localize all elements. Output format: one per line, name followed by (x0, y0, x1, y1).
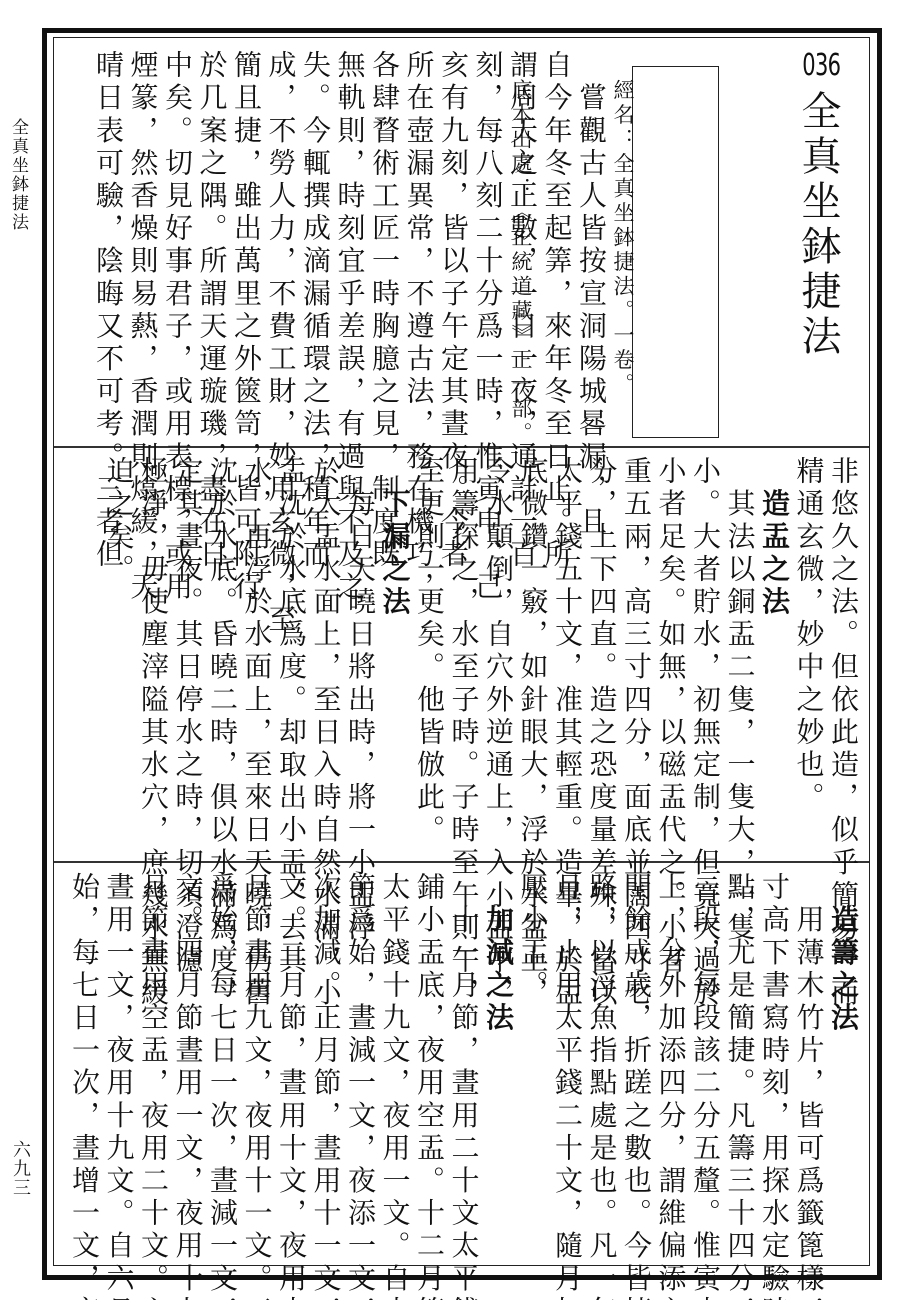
text-column: 月節晝用九文，夜用十一文。三月節 (239, 872, 274, 1267)
scripture-title: 全真坐鉢捷法 (794, 90, 842, 360)
text-column: 各肆瞀術工匠一時胸臆之見，制度既 (367, 50, 402, 446)
text-column: 節爲始，晝減一文，夜添一文，七日一 (343, 872, 378, 1267)
text-column: 鋪小盂底，夜用空盂。十二月節，晝用 (412, 872, 447, 1267)
margin-running-title: 全真坐鉢捷法 (6, 118, 30, 232)
text-column: 文。四月節晝用一文，夜用十九文，五 (170, 872, 205, 1267)
text-column: 煙篆，然香燥則易爇，香潤則熻緩，天 (125, 50, 160, 446)
text-column: 謂周天之正數，一日一夜，通計一百 (505, 50, 540, 446)
band-3-columns: 造籌之法 用薄木竹片，皆可爲籤篦樣，隨尺寸高下書寫時刻，用探水定驗時辰更點，尤是… (67, 872, 861, 1267)
text-column: 次加減。正月節，晝用十一文，夜用九 (308, 872, 343, 1267)
text-column: 於几案之隅。所謂天運璇璣，盡在日 (194, 50, 229, 446)
text-column: 中矣。切見好事君子，或用表標，或用 (160, 50, 195, 446)
text-column: 上，分外加添四分，謂維偏添之數也。 (653, 872, 688, 1267)
text-column: 自今年冬至起筭，來年冬至日止。所 (539, 50, 574, 446)
section-heading: 造盂之法 (757, 456, 792, 856)
text-column: 路，以浮魚指點處是也。凡一年十二 (584, 872, 619, 1267)
text-band-3: 造籌之法 用薄木竹片，皆可爲籤篦樣，隨尺寸高下書寫時刻，用探水定驗時辰更點，尤是… (60, 872, 860, 1267)
text-column: 亥有九刻，皆以子午定其晝夜。今者 (436, 50, 471, 446)
text-column: 失。今輒撰成滴漏循環之法，積年而 (298, 50, 333, 446)
text-column: 小。大者貯水，初無定制，但寬大過於 (688, 456, 723, 856)
text-column: 水，再浮於水面上，至來日天曉，仍舊 (239, 456, 274, 856)
text-column: 點，尤是簡捷。凡籌三十四分，均布十 (722, 872, 757, 1267)
text-column: 月節晝用空盂，夜用二十文。六月節 (136, 872, 171, 1267)
text-column: 簡且捷，雖出萬里之外篋笥，皆可附行 (229, 50, 264, 446)
text-column: 沈於水底。昏曉二時，俱以水滿爲度， (205, 456, 240, 856)
text-column: 寸高下書寫時刻，用探水定驗時辰更 (757, 872, 792, 1267)
text-column: 成，不勞人力，不費工財，妙用玄微，至 (263, 50, 298, 446)
text-column: 每日天曉日將出時，將一小盂浮 (343, 456, 378, 856)
text-column: 無軌則，時刻宜乎差誤，有過與不及之 (332, 50, 367, 446)
text-column: 文。二月節，晝用十文，夜用十文。三 (274, 872, 309, 1267)
text-column: 所在壺漏異常，不遵古法，務在機巧， (401, 50, 436, 446)
text-column: 於大盂水面上，至日入時自然水滿，小 (308, 456, 343, 856)
text-column: 太平錢五十文，准其輕重。造畢，於盂 (550, 456, 585, 856)
text-column: 晝用一文，夜用十九文。自六月節爲 (101, 872, 136, 1267)
text-column: 極淨，毋使塵滓隘其水穴，庶幾水無緩 (136, 456, 171, 856)
text-column: 其法以銅盂二隻，一隻大，一隻 (722, 456, 757, 856)
text-column: 二段，每段該二分五釐。惟寅申、己亥 (688, 872, 723, 1267)
section-heading: 下漏之法 (377, 456, 412, 856)
text-column: 分，上下四直。造之恐度量差殊，當以 (584, 456, 619, 856)
entry-number: 036 (802, 48, 840, 83)
text-column: 精通玄微，妙中之妙也。 (791, 456, 826, 856)
section-heading: 造籌之法 (826, 872, 861, 1267)
text-column: 至更則一更矣。他皆倣此。 (412, 456, 447, 856)
band-1-columns: 嘗觀古人皆按宣洞陽城晷漏，且自今年冬至起筭，來年冬至日止。所謂周天之正數，一日一… (91, 50, 609, 446)
text-column: 十一月節，晝用二十文太平錢匀 (446, 872, 481, 1267)
text-column: 始，每七日一次，晝增一文，夜減一文。 (67, 872, 102, 1267)
text-column: 小者足矣。如無，以磁盂代之。小者 (653, 456, 688, 856)
text-column: 壓小盂。 (515, 872, 550, 1267)
margin-page-number: 六九三 (8, 1140, 32, 1197)
metadata-box: 經名：全真坐鉢捷法。一卷。 底本出處：《正統道藏》正一部。 (632, 66, 719, 438)
text-column: 定其晝夜。其日停水之時，切須澄濾 (170, 456, 205, 856)
text-column: 嘗觀古人皆按宣洞陽城晷漏，且 (574, 50, 609, 446)
text-column: 用薄木竹片，皆可爲籤篦樣，隨尺 (791, 872, 826, 1267)
text-band-2: 非悠久之法。但依此造，似乎簡易，而精通玄微，妙中之妙也。 造盂之法 其法以銅盂二… (60, 456, 860, 856)
text-band-1: 嘗觀古人皆按宣洞陽城晷漏，且自今年冬至起筭，來年冬至日止。所謂周天之正數，一日一… (60, 50, 608, 446)
text-column: 底微鑽一竅，如針眼大，浮於水盆上， (515, 456, 550, 856)
text-column: 晴日表可驗，陰晦又不可考。三者但 (91, 50, 126, 446)
text-column: 爲始，每七日一次，晝減一文，夜增一 (205, 872, 240, 1267)
text-column: 月，止用太平錢二十文，隨月加減，鎮 (550, 872, 585, 1267)
text-column: 太平錢十九文，夜用一文。自十二月 (377, 872, 412, 1267)
text-column: 迫之矣。 (101, 456, 136, 856)
text-column: 令水顛倒，自穴外逆通上，入小盂中， (481, 456, 516, 856)
section-heading: 加減之法 (481, 872, 516, 1267)
text-column: 盂沈於水底爲度。却取出小盂，去其 (274, 456, 309, 856)
text-column: 非悠久之法。但依此造，似乎簡易，而 (826, 456, 861, 856)
text-column: 重五兩，高三寸四分，面底並闊四寸七 (619, 456, 654, 856)
text-column: 閏餘成歲，折蹉之數也。今皆捷取一 (619, 872, 654, 1267)
band-2-columns: 非悠久之法。但依此造，似乎簡易，而精通玄微，妙中之妙也。 造盂之法 其法以銅盂二… (101, 456, 860, 856)
metadata-scripture-name: 經名：全真坐鉢捷法。一卷。 (606, 79, 640, 447)
text-column: 刻，每八刻二十分爲一時，惟寅申、己 (470, 50, 505, 446)
text-column: 用籌探之，水至子時。子時至午則午， (446, 456, 481, 856)
